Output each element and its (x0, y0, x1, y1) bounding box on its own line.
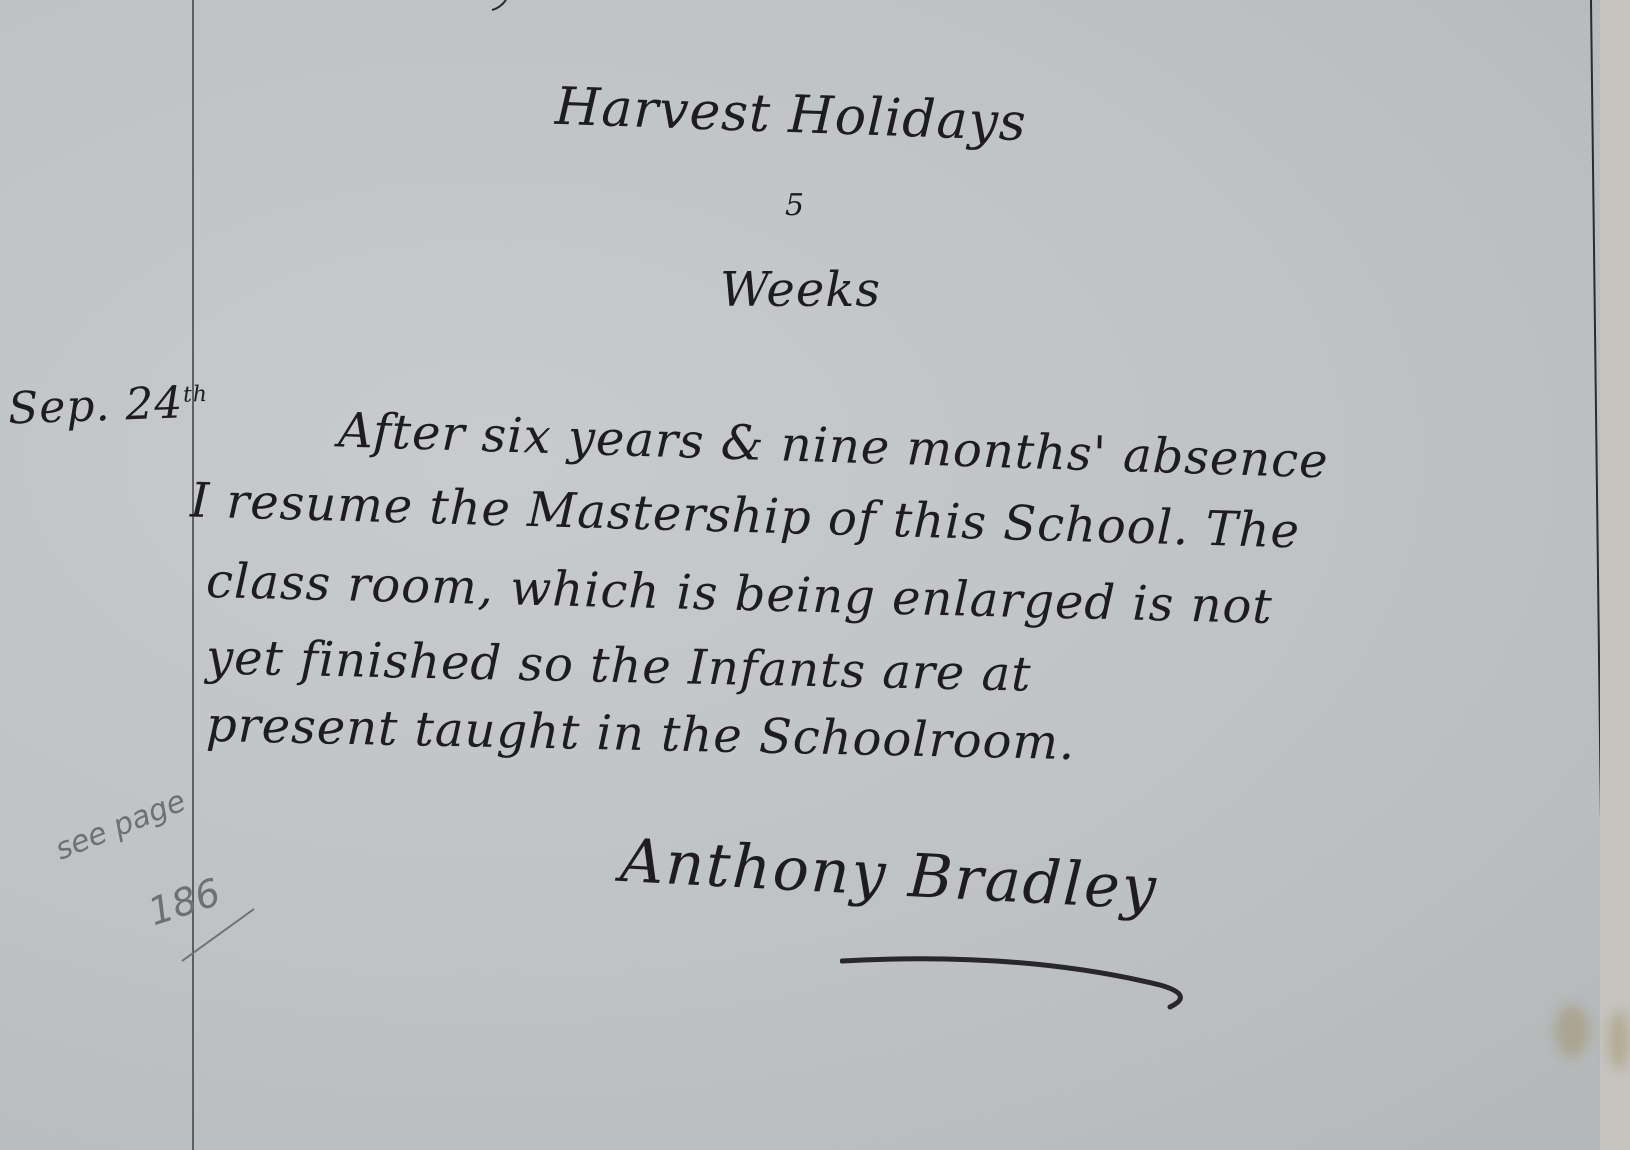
paper-stain (1608, 1010, 1630, 1070)
facing-page-edge (1600, 0, 1630, 1150)
margin-rule-line (192, 0, 194, 1150)
signature: Anthony Bradley (619, 826, 1160, 924)
heading-unit: Weeks (720, 262, 881, 318)
paper-stain (1555, 1005, 1589, 1057)
entry-date: Sep. 24th (7, 377, 209, 435)
ink-fragment-icon (490, 0, 510, 12)
entry-line-1: After six years & nine months' absence (337, 402, 1329, 489)
heading-number: 5 (785, 188, 805, 223)
entry-date-suffix: th (183, 382, 209, 408)
entry-line-4: yet finished so the Infants are at (206, 629, 1033, 702)
pencil-slash-icon (178, 905, 258, 965)
entry-line-3: class room, which is being enlarged is n… (205, 553, 1273, 635)
signature-flourish-icon (840, 955, 1210, 1015)
entry-line-2: I resume the Mastership of this School. … (189, 473, 1300, 560)
margin-note-see-page: see page (50, 784, 190, 868)
entry-date-main: Sep. 24 (7, 377, 184, 434)
logbook-page: Harvest Holidays 5 Weeks Sep. 24th After… (0, 0, 1630, 1150)
heading-title: Harvest Holidays (554, 77, 1028, 153)
entry-line-5: present taught in the Schoolroom. (206, 697, 1076, 771)
